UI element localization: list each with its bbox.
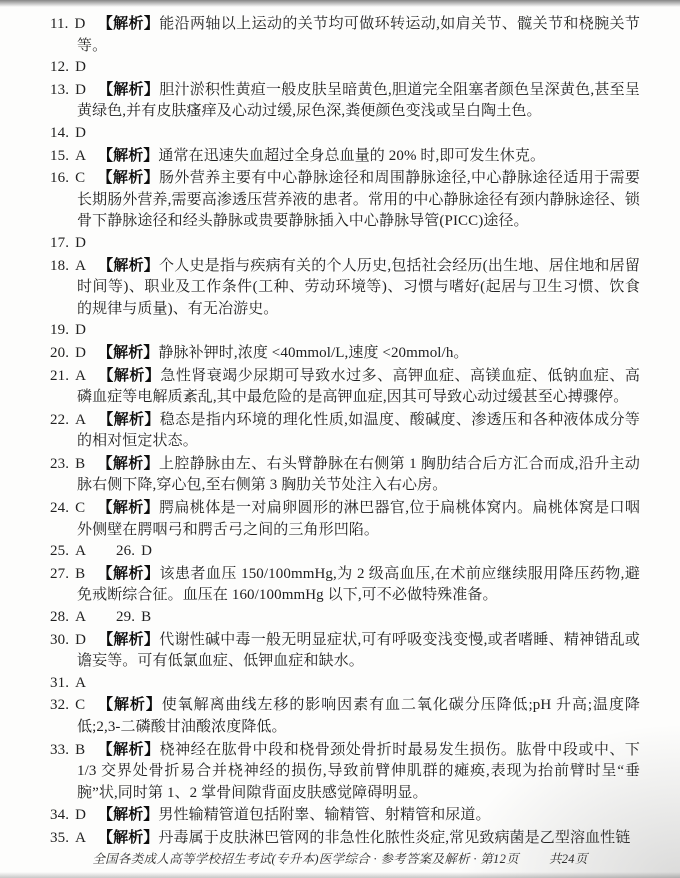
- question-number: 26.: [116, 543, 135, 559]
- answer-item: 21.A【解析】急性肾衰竭少尿期可导致水过多、高钾血症、高镁血症、低钠血症、高磷…: [50, 365, 640, 409]
- analysis-label: 【解析】: [98, 257, 159, 274]
- question-number: 33.: [50, 742, 69, 758]
- question-number: 32.: [50, 697, 69, 713]
- answer-item: 20.D【解析】静脉补钾时,浓度 <40mmol/L,速度 <20mmol/h。: [50, 342, 640, 365]
- answer-letter: A: [75, 148, 86, 164]
- answer-letter: D: [75, 82, 86, 98]
- answer-letter: B: [75, 456, 85, 472]
- analysis-label: 【解析】: [98, 829, 158, 846]
- question-number: 29.: [116, 609, 135, 625]
- answer-letter: D: [75, 807, 86, 823]
- footer-exam-title: 全国各类成人高等学校招生考试(专升本)医学综合 · 参考答案及解析 · 第12页: [92, 849, 519, 867]
- answer-letter: C: [75, 697, 85, 713]
- answer-list: 11.D【解析】能沿两轴以上运动的关节均可做环转运动,如肩关节、髋关节和桡腕关节…: [50, 13, 640, 850]
- answer-letter: A: [75, 543, 86, 559]
- analysis-text: 急性肾衰竭少尿期可导致水过多、高钾血症、高镁血症、低钠血症、高磷血症等电解质紊乱…: [77, 368, 640, 406]
- analysis-text: 个人史是指与疾病有关的个人历史,包括社会经历(出生地、居住地和居留时间等)、职业…: [77, 258, 640, 317]
- answer-letter: D: [75, 125, 86, 141]
- footer-total-pages: 共24页: [549, 849, 588, 867]
- question-number: 30.: [50, 632, 69, 648]
- question-number: 12.: [50, 59, 69, 75]
- answer-item: 33.B【解析】桡神经在肱骨中段和桡骨颈处骨折时最易发生损伤。肱骨中段或中、下 …: [50, 739, 640, 805]
- answer-item-pair: 25.A26.D: [50, 541, 640, 563]
- answer-letter: B: [75, 566, 85, 582]
- analysis-text: 稳态是指内环境的理化性质,如温度、酸碱度、渗透压和各种液体成分等的相对恒定状态。: [77, 412, 640, 450]
- answer-letter: D: [75, 322, 86, 338]
- question-number: 31.: [50, 675, 69, 691]
- answer-item: 19.D: [50, 320, 640, 342]
- answer-letter: D: [75, 235, 86, 251]
- question-number: 17.: [50, 235, 69, 251]
- question-number: 20.: [50, 345, 69, 361]
- analysis-label: 【解析】: [98, 411, 160, 428]
- analysis-label: 【解析】: [97, 499, 159, 516]
- answer-letter: D: [141, 543, 152, 559]
- answer-item: 12.D: [50, 57, 640, 79]
- answer-letter: D: [75, 59, 86, 75]
- question-number: 23.: [50, 456, 69, 472]
- analysis-text: 静脉补钾时,浓度 <40mmol/L,速度 <20mmol/h。: [158, 345, 468, 361]
- analysis-label: 【解析】: [97, 169, 159, 186]
- answer-item: 27.B【解析】该患者血压 150/100mmHg,为 2 级高血压,在术前应继…: [50, 563, 640, 607]
- answer-item: 31.A: [50, 673, 640, 695]
- answer-item-pair: 28.A29.B: [50, 607, 640, 629]
- analysis-label: 【解析】: [97, 455, 159, 472]
- analysis-label: 【解析】: [98, 147, 158, 164]
- analysis-text: 使氧解离曲线左移的影响因素有血二氧化碳分压降低;pH 升高;温度降低;2,3-二…: [77, 697, 640, 735]
- answer-item: 32.C【解析】使氧解离曲线左移的影响因素有血二氧化碳分压降低;pH 升高;温度…: [50, 694, 640, 738]
- question-number: 34.: [50, 807, 69, 823]
- answer-item: 34.D【解析】男性输精管道包括附睾、输精管、射精管和尿道。: [50, 804, 640, 827]
- answer-item: 24.C【解析】腭扁桃体是一对扁卵圆形的淋巴器官,位于扁桃体窝内。扁桃体窝是口咽…: [50, 497, 640, 541]
- answer-item: 16.C【解析】肠外营养主要有中心静脉途径和周围静脉途径,中心静脉途径适用于需要…: [50, 167, 640, 233]
- analysis-label: 【解析】: [97, 696, 162, 713]
- scan-edge-bottom-shadow: [0, 872, 680, 878]
- analysis-text: 男性输精管道包括附睾、输精管、射精管和尿道。: [158, 807, 490, 823]
- answer-letter: D: [75, 16, 86, 32]
- question-number: 19.: [50, 322, 69, 338]
- question-number: 11.: [50, 16, 69, 32]
- analysis-label: 【解析】: [98, 631, 159, 648]
- scanned-answer-page: 11.D【解析】能沿两轴以上运动的关节均可做环转运动,如肩关节、髋关节和桡腕关节…: [0, 0, 680, 878]
- analysis-label: 【解析】: [97, 565, 159, 582]
- question-number: 35.: [50, 830, 69, 846]
- answer-letter: A: [75, 830, 86, 846]
- answer-letter: D: [75, 345, 86, 361]
- answer-item: 11.D【解析】能沿两轴以上运动的关节均可做环转运动,如肩关节、髋关节和桡腕关节…: [50, 13, 640, 57]
- analysis-label: 【解析】: [97, 741, 159, 758]
- analysis-text: 丹毒属于皮肤淋巴管网的非急性化脓性炎症,常见致病菌是乙型溶血性链: [158, 830, 630, 846]
- answer-letter: B: [75, 742, 85, 758]
- answer-item: 35.A【解析】丹毒属于皮肤淋巴管网的非急性化脓性炎症,常见致病菌是乙型溶血性链: [50, 827, 640, 850]
- analysis-text: 能沿两轴以上运动的关节均可做环转运动,如肩关节、髋关节和桡腕关节等。: [77, 16, 640, 54]
- question-number: 13.: [50, 82, 69, 98]
- analysis-text: 桡神经在肱骨中段和桡骨颈处骨折时最易发生损伤。肱骨中段或中、下 1/3 交界处骨…: [77, 742, 640, 801]
- answer-letter: B: [141, 609, 151, 625]
- answer-item: 30.D【解析】代谢性碱中毒一般无明显症状,可有呼吸变浅变慢,或者嗜睡、精神错乱…: [50, 629, 640, 673]
- analysis-text: 通常在迅速失血超过全身总血量的 20% 时,即可发生休克。: [158, 148, 545, 164]
- scan-edge-top-shadow: [0, 0, 680, 7]
- question-number: 28.: [50, 609, 69, 625]
- question-number: 22.: [50, 412, 69, 428]
- answer-letter: C: [75, 500, 85, 516]
- answer-letter: C: [75, 170, 85, 186]
- analysis-text: 肠外营养主要有中心静脉途径和周围静脉途径,中心静脉途径适用于需要长期肠外营养,需…: [77, 170, 640, 229]
- answer-letter: A: [75, 675, 86, 691]
- analysis-label: 【解析】: [98, 806, 158, 823]
- analysis-label: 【解析】: [97, 15, 159, 32]
- question-number: 14.: [50, 125, 69, 141]
- answer-letter: A: [75, 368, 86, 384]
- question-number: 16.: [50, 170, 69, 186]
- answer-item: 23.B【解析】上腔静脉由左、右头臂静脉在右侧第 1 胸肋结合后方汇合而成,沿升…: [50, 453, 640, 497]
- answer-item: 13.D【解析】胆汁淤积性黄疸一般皮肤呈暗黄色,胆道完全阻塞者颜色呈深黄色,甚至…: [50, 79, 640, 123]
- answer-item: 14.D: [50, 123, 640, 145]
- answer-letter: A: [75, 258, 86, 274]
- answer-letter: A: [75, 412, 86, 428]
- question-number: 24.: [50, 500, 69, 516]
- analysis-text: 胆汁淤积性黄疸一般皮肤呈暗黄色,胆道完全阻塞者颜色呈深黄色,甚至呈黄绿色,并有皮…: [77, 82, 640, 120]
- question-number: 18.: [50, 258, 69, 274]
- question-number: 25.: [50, 543, 69, 559]
- analysis-text: 该患者血压 150/100mmHg,为 2 级高血压,在术前应继续服用降压药物,…: [77, 566, 640, 604]
- analysis-label: 【解析】: [98, 81, 159, 98]
- answer-letter: A: [75, 609, 86, 625]
- answer-item: 22.A【解析】稳态是指内环境的理化性质,如温度、酸碱度、渗透压和各种液体成分等…: [50, 409, 640, 453]
- analysis-label: 【解析】: [98, 367, 160, 384]
- page-footer: 全国各类成人高等学校招生考试(专升本)医学综合 · 参考答案及解析 · 第12页…: [0, 849, 680, 867]
- answer-item: 17.D: [50, 233, 640, 255]
- answer-item: 15.A【解析】通常在迅速失血超过全身总血量的 20% 时,即可发生休克。: [50, 145, 640, 168]
- analysis-text: 腭扁桃体是一对扁卵圆形的淋巴器官,位于扁桃体窝内。扁桃体窝是口咽外侧壁在腭咽弓和…: [77, 500, 640, 538]
- analysis-text: 上腔静脉由左、右头臂静脉在右侧第 1 胸肋结合后方汇合而成,沿升主动脉右侧下降,…: [77, 456, 640, 494]
- question-number: 27.: [50, 566, 69, 582]
- analysis-text: 代谢性碱中毒一般无明显症状,可有呼吸变浅变慢,或者嗜睡、精神错乱或谵妄等。可有低…: [77, 632, 640, 670]
- analysis-label: 【解析】: [98, 344, 158, 361]
- answer-letter: D: [75, 632, 86, 648]
- question-number: 21.: [50, 368, 69, 384]
- answer-item: 18.A【解析】个人史是指与疾病有关的个人历史,包括社会经历(出生地、居住地和居…: [50, 255, 640, 321]
- question-number: 15.: [50, 148, 69, 164]
